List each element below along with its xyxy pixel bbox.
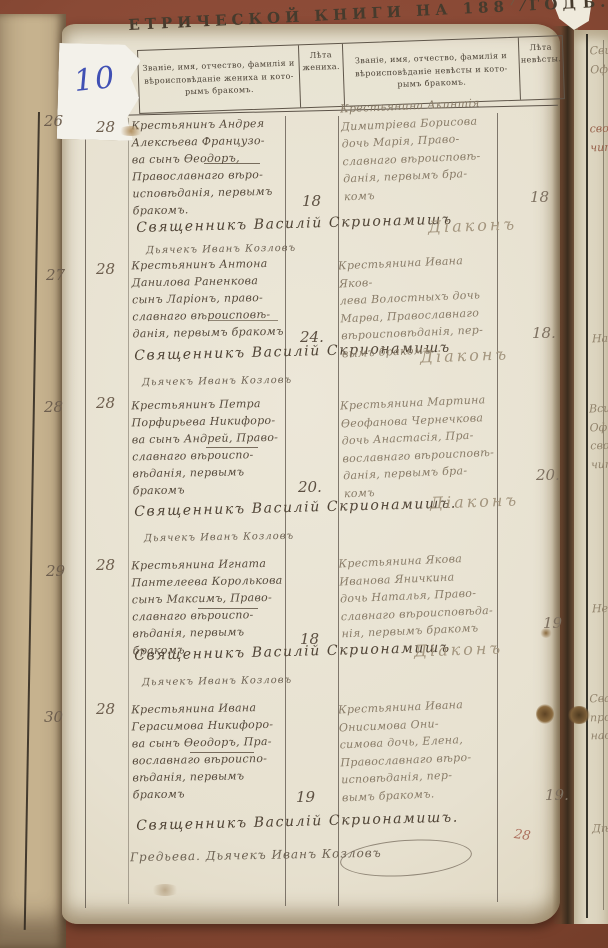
entry-26-bride-record: Крестьянина Акинтія Димитріева Борисова …: [340, 94, 502, 206]
adjacent-fragment: Сва про нас: [589, 690, 608, 747]
header-groom-description: Званіе, имя, отчество, фамилія и вѣроисп…: [138, 45, 300, 113]
entry-27-deacon-signature: Діаконъ: [420, 344, 510, 366]
entry-26-deacon-signature: Діаконъ: [428, 214, 518, 236]
entry-30-date: 28: [96, 700, 115, 718]
adjacent-fragment: сво чит: [589, 120, 608, 158]
page-number-pencil: 10: [72, 60, 118, 99]
adjacent-page-rule-2: [603, 40, 604, 910]
adjacent-page-rule: [586, 34, 588, 918]
entry-28-deacon-signature: Діаконъ: [430, 490, 520, 512]
entry-29-number: 29: [46, 562, 65, 580]
entry-28-bride-age: 20.: [536, 466, 560, 484]
entry-27-number: 27: [46, 266, 65, 284]
adjacent-fragment: Нен: [592, 600, 608, 619]
adjacent-fragment: Нак: [592, 330, 608, 349]
adjacent-fragment: Вси Офр сво чит: [589, 400, 608, 476]
entry-28-number: 28: [44, 398, 63, 416]
adjacent-fragment: Дѣ: [592, 820, 608, 839]
column-rule-entry-number: [85, 115, 86, 908]
stain: [150, 884, 180, 896]
entry-28-date: 28: [96, 394, 115, 412]
entry-30-name-underline: [190, 752, 254, 753]
entry-27-strike-mark: [208, 320, 278, 321]
header-bride-age: Лѣта невѣсты.: [518, 36, 564, 99]
entry-29-deacon-signature: Діаконъ: [414, 638, 504, 660]
entry-29-bride-record: Крестьянина Якова Иванова Яничкина дочь …: [338, 549, 500, 644]
header-groom-age: Лѣта жениха.: [298, 44, 344, 107]
column-rule-date: [128, 118, 129, 904]
stain: [536, 704, 554, 724]
entry-29-date: 28: [96, 556, 115, 574]
entry-26-groom-record: Крестьянинъ Андрея Алексѣева Французо- в…: [131, 115, 285, 220]
entry-30-groom-age: 19: [296, 788, 315, 806]
entry-30-bride-record: Крестьянина Ивана Онисимова Они- симова …: [338, 695, 500, 807]
margin-mark: 28: [513, 827, 531, 844]
stain: [118, 126, 144, 136]
entry-27-date: 28: [96, 260, 115, 278]
entry-26-number: 26: [44, 112, 63, 130]
entry-26-date: 28: [96, 118, 115, 136]
entry-30-number: 30: [44, 708, 63, 726]
entry-27-bride-age: 18.: [532, 324, 556, 342]
entry-26-name-underline: [204, 163, 260, 164]
entry-28-bride-record: Крестьянина Мартина Ѳеофанова Чернечкова…: [340, 391, 502, 503]
entry-26-groom-age: 18: [302, 192, 321, 210]
stain: [540, 628, 552, 638]
entry-29-name-underline: [198, 608, 258, 609]
entry-27-groom-record: Крестьянинъ Антона Данилова Раненкова сы…: [131, 255, 284, 343]
entry-28-name-underline: [206, 447, 258, 448]
entry-30-bride-age: 19.: [545, 786, 569, 804]
entry-28-groom-age: 20.: [298, 478, 322, 496]
title-handwritten-year: 7: [508, 0, 521, 8]
adjacent-fragment: Сви Офр: [589, 42, 608, 80]
stain: [568, 706, 590, 724]
entry-26-bride-age: 18: [530, 188, 549, 206]
